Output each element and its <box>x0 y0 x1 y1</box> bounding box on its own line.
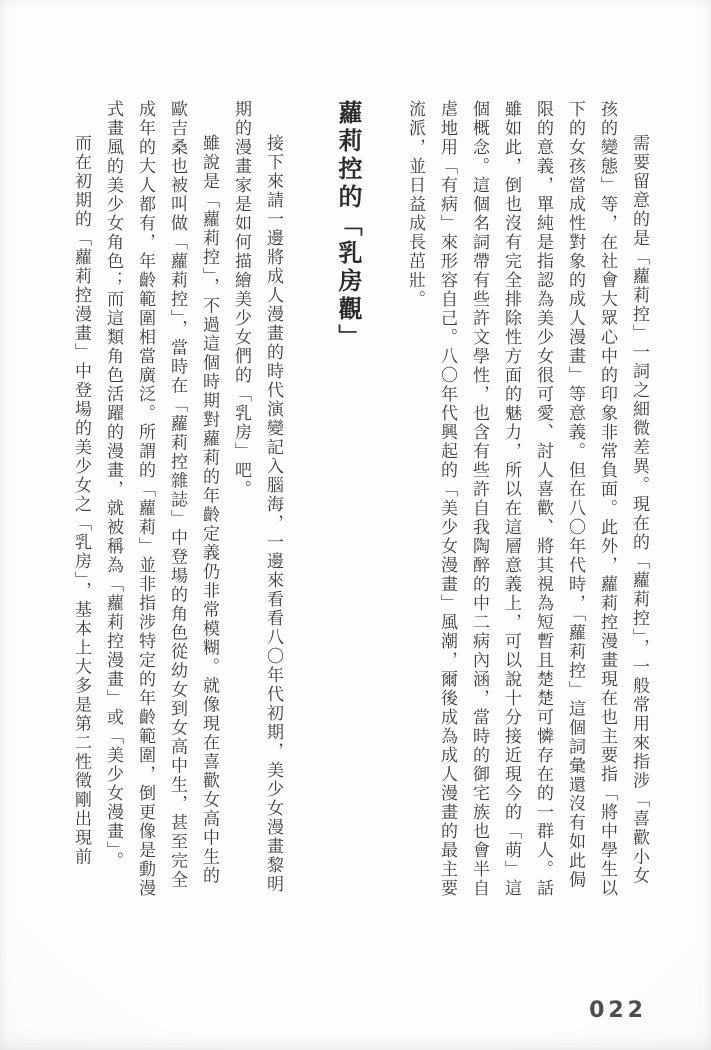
paragraph-intro-breast-depiction: 接下來請一邊將成人漫畫的時代演變記入腦海，一邊來看看八〇年代初期，美少女漫畫黎明… <box>225 100 289 900</box>
paragraph-loli-age-definition: 雖說是「蘿莉控」，不過這個時期對蘿莉的年齡定義仍非常模糊。就像現在喜歡女高中生的… <box>97 100 225 900</box>
main-text-block: 需要留意的是「蘿莉控」一詞之細微差異。現在的「蘿莉控」，一般常用來指涉「喜歡小女… <box>65 100 655 900</box>
paragraph-lolicon-term-nuance: 需要留意的是「蘿莉控」一詞之細微差異。現在的「蘿莉控」，一般常用來指涉「喜歡小女… <box>399 100 655 900</box>
book-page: 需要留意的是「蘿莉控」一詞之細微差異。現在的「蘿莉控」，一般常用來指涉「喜歡小女… <box>0 0 711 1050</box>
section-heading: 蘿莉控的「乳房觀」 <box>329 100 365 900</box>
paragraph-early-lolicon-manga: 而在初期的「蘿莉控漫畫」中登場的美少女之「乳房」，基本上大多是第二性徵剛出現前 <box>65 100 97 900</box>
page-number: 022 <box>589 998 647 1023</box>
